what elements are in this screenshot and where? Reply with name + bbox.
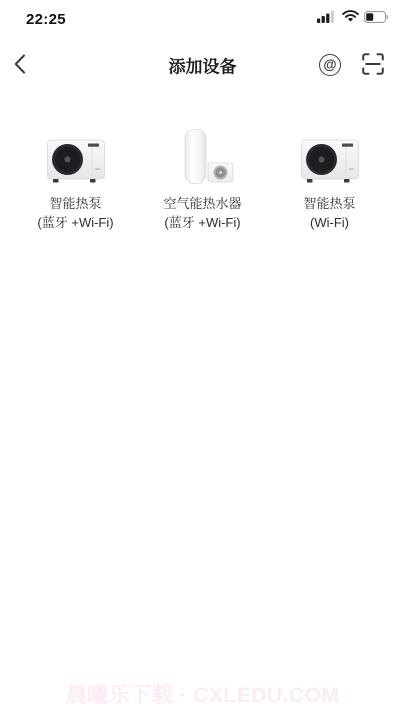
device-name: 空气能热水器 (163, 195, 241, 214)
device-grid: 智能热泵 (蓝牙 +Wi-Fi) (0, 90, 405, 232)
device-connectivity: (蓝牙 +Wi-Fi) (164, 214, 240, 233)
device-name: 智能热泵 (49, 195, 101, 214)
heat-pump-image (299, 128, 361, 186)
at-circle-icon: @ (319, 54, 341, 76)
water-heater-image (172, 128, 234, 186)
device-connectivity: (蓝牙 +Wi-Fi) (37, 214, 113, 233)
device-connectivity: (Wi-Fi) (310, 214, 349, 233)
scan-qr-icon (362, 53, 384, 78)
device-card-heat-pump-wifi[interactable]: 智能热泵 (Wi-Fi) (266, 128, 393, 232)
status-bar: 22:25 (0, 0, 405, 30)
clock-time: 22:25 (26, 11, 66, 28)
device-card-heat-pump-bt-wifi[interactable]: 智能热泵 (蓝牙 +Wi-Fi) (12, 128, 139, 232)
cellular-signal-icon (317, 10, 337, 28)
device-card-water-heater-bt-wifi[interactable]: 空气能热水器 (蓝牙 +Wi-Fi) (139, 128, 266, 232)
back-button[interactable] (14, 49, 46, 81)
page-title: 添加设备 (169, 53, 237, 78)
scan-button[interactable] (361, 53, 385, 77)
virtual-experience-button[interactable]: @ (318, 53, 342, 77)
header-actions: @ (318, 53, 385, 77)
status-icons (317, 10, 389, 28)
header: 添加设备 @ (0, 40, 405, 90)
watermark-text: 晨曦乐下载 · CXLEDU.COM (0, 679, 405, 709)
chevron-left-icon (14, 54, 26, 77)
wifi-icon (342, 10, 359, 28)
battery-icon (364, 10, 389, 28)
device-name: 智能热泵 (303, 195, 355, 214)
heat-pump-image (45, 128, 107, 186)
